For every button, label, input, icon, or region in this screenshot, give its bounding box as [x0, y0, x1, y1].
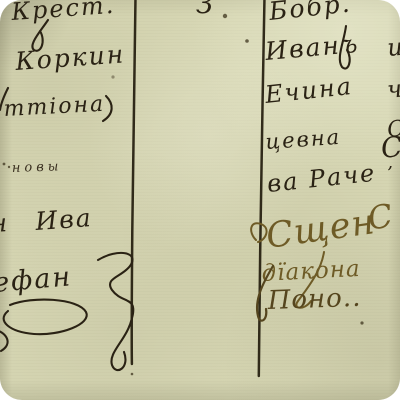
middle-column: З: [196, 0, 249, 43]
flourish-edge-arc: [0, 330, 8, 351]
ink-speck: [3, 163, 6, 166]
handwritten-line: Крест.: [9, 0, 116, 26]
signature-line: Сщен: [264, 202, 378, 257]
entry-number: З: [196, 0, 215, 20]
signature-line: Поно..: [266, 283, 362, 316]
right-column: Бобр. Иванъ и Ечина ч С цевна С ’ ва Рач…: [251, 0, 400, 325]
edge-fragment: ’: [387, 163, 395, 184]
handwritten-line: ефан: [0, 261, 73, 299]
handwritten-line: цевна: [265, 125, 342, 154]
handwritten-line: Коркин: [13, 39, 126, 76]
ink-speck: [8, 166, 10, 168]
ink-speck: [346, 89, 348, 91]
ink-speck: [223, 14, 227, 18]
ink-speck: [360, 321, 363, 324]
flourish-oval-lasso: [4, 300, 87, 335]
handwritten-line: ва Раче: [266, 159, 378, 198]
edge-fragment: ч: [386, 74, 400, 104]
left-column: Крест. Коркин ттіона новы н Ива ефан: [0, 0, 133, 370]
edge-fragment: и: [386, 33, 400, 62]
handwritten-line: Бобр.: [267, 0, 353, 26]
handwritten-line: новы: [12, 159, 63, 176]
handwritten-line: ттіона: [3, 92, 106, 122]
ink-speck: [111, 75, 114, 78]
handwritten-line: Ива: [33, 203, 93, 236]
ink-speck: [245, 39, 249, 43]
column-rules: [131, 0, 265, 376]
handwritten-fragment: н: [0, 208, 10, 238]
handwritten-line: Ечина: [263, 72, 354, 109]
manuscript-scan: Крест. Коркин ттіона новы н Ива ефан З Б…: [0, 0, 400, 400]
manuscript-ink-layer: Крест. Коркин ттіона новы н Ива ефан З Б…: [0, 0, 400, 400]
handwritten-line: Иванъ: [263, 29, 361, 66]
rule-left-end-dot: [131, 373, 134, 376]
edge-fragment: С: [379, 130, 400, 165]
flourish-paraph-curl: [98, 253, 133, 370]
